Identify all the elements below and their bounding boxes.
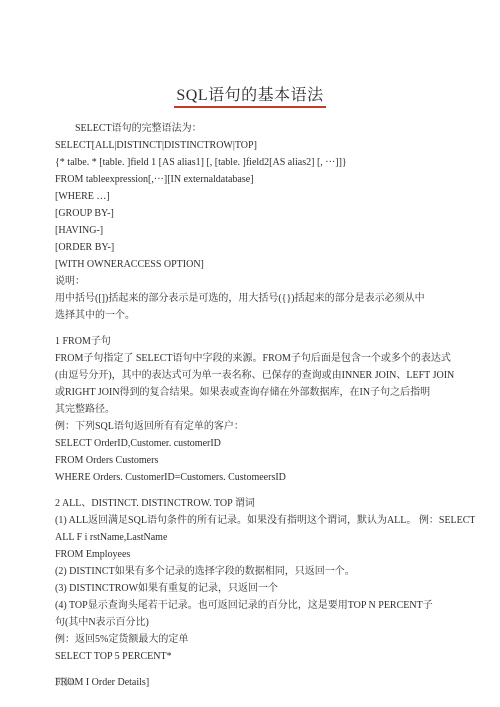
text-line: 选择其中的一个。 [55,307,475,324]
paragraph-gap [55,665,475,674]
text-line: {* talbe. * [table. ]field 1 [AS alias1]… [55,154,475,171]
text-line: [WHERE …] [55,188,475,205]
page-title: SQL语句的基本语法 [174,82,325,108]
text-line: SELECT OrderID,Customer. customerID [55,435,475,452]
text-line: 1 FROM子句 [55,333,475,350]
text-line: FROM I Order Details] [55,674,475,691]
text-line: SELECT语句的完整语法为： [55,120,475,137]
text-line: 或RIGHT JOIN得到的复合结果。如果表或查询存储在外部数据库，在IN子句之… [55,384,475,401]
text-line: WHERE Orders. CustomerID=Customers. Cust… [55,469,475,486]
text-line: (2) DISTINCT如果有多个记录的选择字段的数据相同，只返回一个。 [55,563,475,580]
text-line: [ORDER BY-] [55,239,475,256]
paragraph-gap [55,324,475,333]
text-line: 例：下列SQL语句返回所有有定单的客户： [55,418,475,435]
text-line: (1) ALL返回满足SQL语句条件的所有记录。如果没有指明这个谓词，默认为AL… [55,512,475,529]
paragraph-gap [55,486,475,495]
footer-label: 页脚. [55,676,75,688]
text-line: 说明： [55,273,475,290]
title-row: SQL语句的基本语法 [0,82,500,108]
text-line: (4) TOP显示查询头尾若干记录。也可返回记录的百分比，这是要用TOP N P… [55,597,475,614]
text-line: 2 ALL、DISTINCT. DISTINCTROW. TOP 谓词 [55,495,475,512]
text-line: 其完整路径。 [55,401,475,418]
text-line: 句(其中N表示百分比) [55,614,475,631]
text-line: FROM子句指定了 SELECT语句中字段的来源。FROM子句后面是包含一个或多… [55,350,475,367]
text-line: 用中括号([])括起来的部分表示是可选的，用大括号({})括起来的部分是表示必须… [55,290,475,307]
document-body: SELECT语句的完整语法为：SELECT[ALL|DISTINCT|DISTI… [55,120,475,691]
text-line: 例：返回5%定货额最大的定单 [55,631,475,648]
text-line: (3) DISTINCTROW如果有重复的记录，只返回一个 [55,580,475,597]
text-line: [HAVING-] [55,222,475,239]
text-line: FROM Orders Customers [55,452,475,469]
document-page: SQL语句的基本语法 SELECT语句的完整语法为：SELECT[ALL|DIS… [0,0,500,707]
text-line: [WITH OWNERACCESS OPTION] [55,256,475,273]
text-line: FROM Employees [55,546,475,563]
text-line: SELECT TOP 5 PERCENT* [55,648,475,665]
text-line: [GROUP BY-] [55,205,475,222]
text-line: ALL F i rstName,LastName [55,529,475,546]
text-line: (由逗号分开)，其中的表达式可为单一表名称、已保存的查询或由INNER JOIN… [55,367,475,384]
text-line: FROM tableexpression[,···][IN externalda… [55,171,475,188]
text-line: SELECT[ALL|DISTINCT|DISTINCTROW|TOP] [55,137,475,154]
